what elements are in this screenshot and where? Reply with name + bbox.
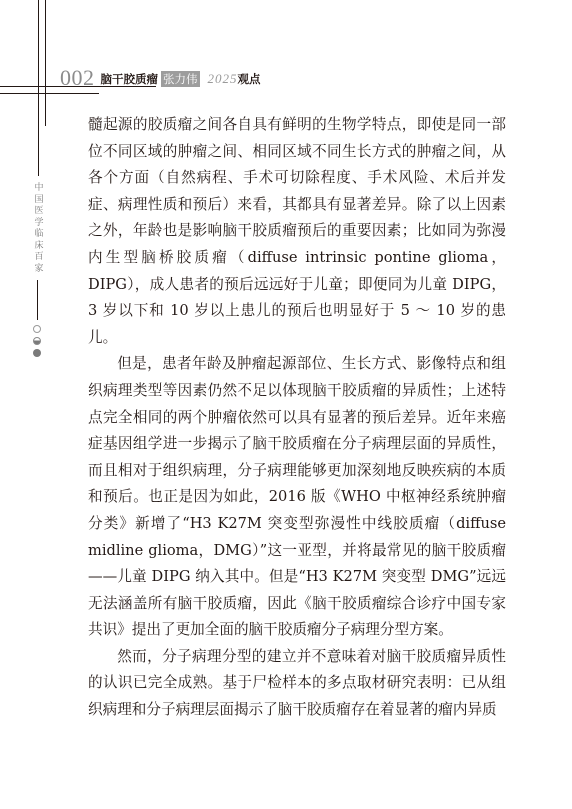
frame-vertical-line-left: [38, 0, 39, 176]
circle-full-icon: [33, 349, 41, 357]
series-char: 学: [32, 218, 46, 230]
series-char: 临: [32, 229, 46, 241]
series-char: 国: [32, 195, 46, 207]
year: 2025: [208, 72, 238, 86]
series-char: 百: [32, 252, 46, 264]
series-char: 床: [32, 241, 46, 253]
series-char: 医: [32, 206, 46, 218]
paragraph: 然而，分子病理分型的建立并不意味着对脑干胶质瘤异质性的认识已完全成熟。基于尸检样…: [88, 644, 506, 724]
sidebar-divider-line: [37, 280, 38, 320]
series-name-vertical: 中 国 医 学 临 床 百 家: [32, 183, 46, 275]
paragraph: 髓起源的胶质瘤之间各自具有鲜明的生物学特点，即使是同一部位不同区域的肿瘤之间、相…: [88, 112, 506, 351]
body-text: 髓起源的胶质瘤之间各自具有鲜明的生物学特点，即使是同一部位不同区域的肿瘤之间、相…: [88, 112, 506, 724]
series-char: 中: [32, 183, 46, 195]
viewpoint-label: 观点: [238, 72, 261, 86]
circle-empty-icon: [33, 325, 41, 333]
frame-vertical-line-right: [45, 0, 46, 126]
frame-horizontal-line: [0, 93, 99, 94]
book-title: 脑干胶质瘤: [101, 72, 159, 86]
paragraph: 但是，患者年龄及肿瘤起源部位、生长方式、影像特点和组织病理类型等因素仍然不足以体…: [88, 351, 506, 644]
page-number: 002: [60, 68, 95, 88]
series-char: 家: [32, 264, 46, 276]
running-header: 002 脑干胶质瘤 张力伟 2025 观点: [60, 68, 261, 88]
author-badge: 张力伟: [161, 71, 200, 87]
circle-half-icon: [33, 337, 41, 345]
